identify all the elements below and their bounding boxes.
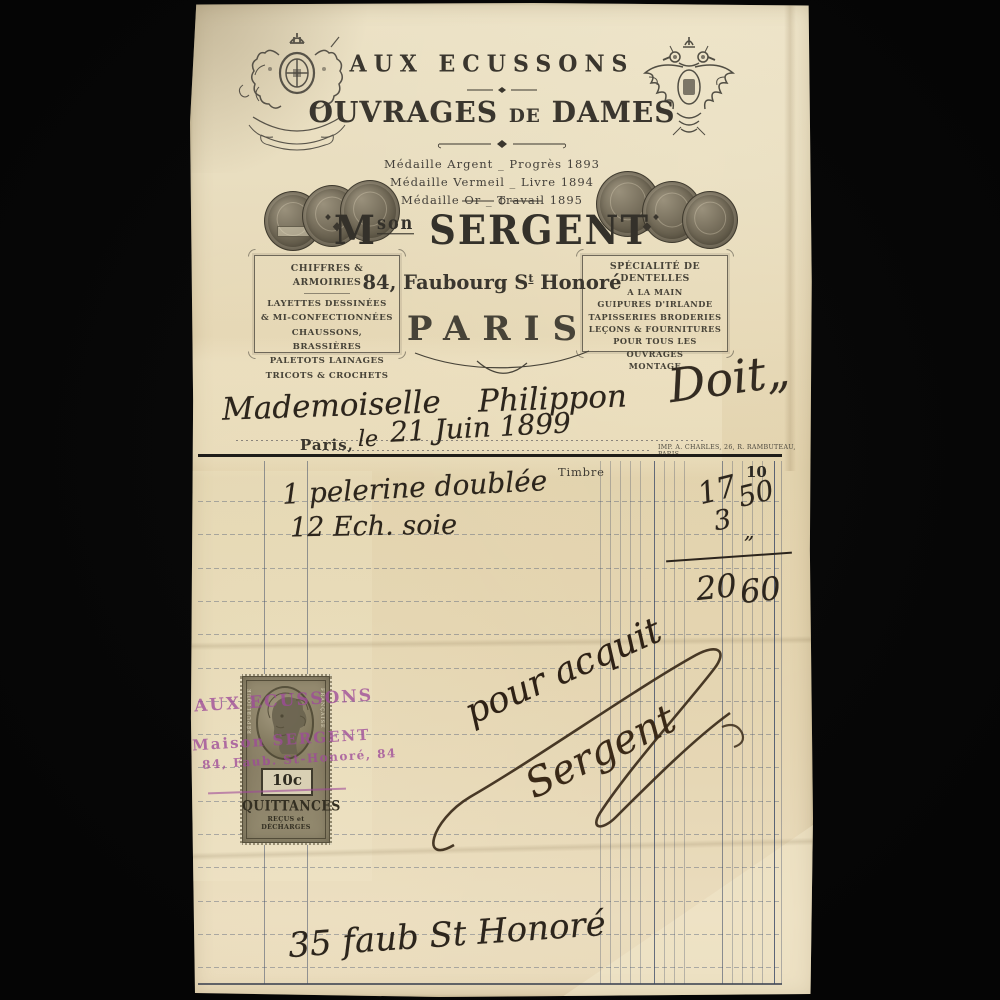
column-line xyxy=(781,461,782,984)
ruled-line xyxy=(198,967,782,968)
diamond-ornament xyxy=(325,214,331,220)
shop-sign: AUX ECUSSONS xyxy=(302,50,682,77)
tagline-word: DAMES xyxy=(552,95,676,129)
timbre-label: Timbre xyxy=(558,465,605,479)
table-bottom-rule xyxy=(198,983,782,985)
tagline-word: DE xyxy=(509,105,541,127)
dateline-city: Paris, xyxy=(300,436,354,454)
divider-ornament xyxy=(437,138,567,150)
street-text: Honoré xyxy=(540,271,621,294)
medal-award-line: Médaille Argent _ Progrès 1893 xyxy=(302,157,682,171)
dateline-le: le xyxy=(358,427,378,452)
maison-name: Mson SERGENT xyxy=(302,206,682,254)
ruled-line xyxy=(198,534,782,535)
divider-ornament xyxy=(465,85,539,95)
item-amount-centimes: „ xyxy=(744,519,754,543)
total-francs: 20 xyxy=(694,566,738,608)
stamp-title: QUITTANCES xyxy=(242,797,330,814)
shop-tagline: OUVRAGES DE DAMES xyxy=(308,95,677,129)
invoice-paper: AUX ECUSSONS OUVRAGES DE DAMES Médaille … xyxy=(190,3,813,997)
city-name: PARIS xyxy=(302,309,682,349)
maison-abbrev-sup: son xyxy=(377,213,414,235)
specialty-line: PALETOTS LAINAGES xyxy=(257,354,397,368)
ruled-line xyxy=(198,901,782,902)
divider-ornament xyxy=(460,196,544,206)
ruled-line xyxy=(198,568,782,569)
dotted-baseline xyxy=(322,450,652,451)
city-flourish xyxy=(407,349,597,375)
street-address: 84, Faubourg St Honoré xyxy=(302,271,682,294)
medal-award-line: Médaille Vermeil _ Livre 1894 xyxy=(302,175,682,189)
ruled-line xyxy=(198,601,782,602)
table-top-rule xyxy=(198,454,782,457)
stamp-subtitle: REÇUS et DÉCHARGES xyxy=(242,815,330,831)
scanned-invoice-photo: AUX ECUSSONS OUVRAGES DE DAMES Médaille … xyxy=(0,0,1000,1000)
item-description: 12 Ech. soie xyxy=(290,510,458,544)
diamond-ornament xyxy=(653,214,659,220)
item-description: 1 pelerine doublée xyxy=(281,464,548,511)
footer-note: 35 faub St Honoré xyxy=(287,904,607,966)
british-royal-arms-icon xyxy=(235,29,359,159)
signature-paraph xyxy=(426,617,776,867)
street-sup: t xyxy=(528,272,533,285)
tagline-word: OUVRAGES xyxy=(308,95,498,129)
ruled-line xyxy=(198,867,782,868)
medal-icon xyxy=(682,191,738,249)
item-amount-francs: 3 xyxy=(711,504,733,538)
maison-surname: SERGENT xyxy=(429,206,650,254)
item-amount-centimes: 50 xyxy=(735,473,778,514)
street-text: 84, Faubourg S xyxy=(362,271,528,294)
specialty-line: TRICOTS & CROCHETS xyxy=(257,369,397,383)
total-centimes: 60 xyxy=(738,569,782,611)
maison-abbrev: M xyxy=(334,206,377,254)
paper-fold-shadow xyxy=(784,3,796,471)
